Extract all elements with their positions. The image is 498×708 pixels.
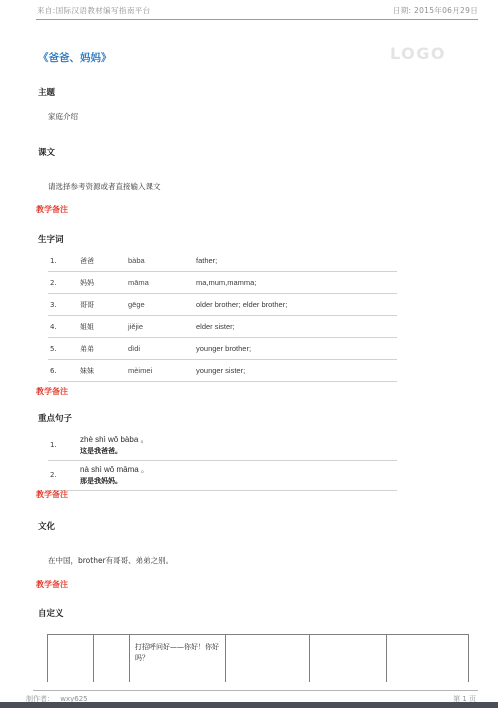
vocab-pinyin: gēge	[128, 300, 196, 309]
vocab-number: 6.	[48, 367, 80, 375]
custom-table-cell: 打招呼问好——你好！你好吗？	[129, 635, 225, 682]
vocab-meaning: elder sister;	[196, 322, 397, 331]
sentence-row: 2. nà shì wǒ māma 。 那是我妈妈。	[48, 461, 397, 491]
lesson-text-body: 请选择参考资源或者直接输入课文	[48, 181, 161, 192]
key-sentences-list: 1. zhè shì wǒ bàba 。 这是我爸爸。 2. nà shì wǒ…	[48, 431, 397, 491]
vocab-pinyin: jiějie	[128, 322, 196, 331]
custom-table-cell	[225, 635, 309, 682]
vocab-word: 妈妈	[80, 278, 128, 288]
vocab-word: 妹妹	[80, 366, 128, 376]
custom-table-cell	[47, 635, 93, 682]
vocab-pinyin: bàba	[128, 256, 196, 265]
vocab-row: 4. 姐姐 jiějie elder sister;	[48, 316, 397, 338]
custom-table-cell	[386, 635, 469, 682]
teaching-note-label: 教学备注	[36, 204, 68, 215]
sentence-hanzi: 那是我妈妈。	[80, 476, 397, 486]
vocab-number: 3.	[48, 301, 80, 309]
section-heading-theme: 主题	[38, 86, 55, 98]
vocab-row: 5. 弟弟 dìdi younger brother;	[48, 338, 397, 360]
sentence-pinyin: zhè shì wǒ bàba 。	[80, 434, 397, 445]
vocab-pinyin: dìdi	[128, 344, 196, 353]
vocab-number: 5.	[48, 345, 80, 353]
vocab-number: 4.	[48, 323, 80, 331]
header-source: 来自:国际汉语教材编写指南平台	[37, 5, 151, 16]
document-page: 来自:国际汉语教材编写指南平台 日期: 2015年06月29日 《爸爸、妈妈》 …	[0, 0, 498, 708]
vocab-word: 爸爸	[80, 256, 128, 266]
vocab-number: 1.	[48, 257, 80, 265]
sentence-pinyin: nà shì wǒ māma 。	[80, 464, 397, 475]
vocabulary-list: 1. 爸爸 bàba father; 2. 妈妈 māma ma,mum,mam…	[48, 250, 397, 382]
vocab-row: 1. 爸爸 bàba father;	[48, 250, 397, 272]
theme-body: 家庭介绍	[48, 111, 78, 122]
sentence-number: 1.	[48, 434, 80, 456]
custom-table-cell	[309, 635, 386, 682]
section-heading-vocabulary: 生字词	[38, 233, 64, 245]
vocab-row: 3. 哥哥 gēge older brother; elder brother;	[48, 294, 397, 316]
vocab-pinyin: māma	[128, 278, 196, 287]
custom-table-cell	[93, 635, 129, 682]
bottom-bar	[0, 702, 498, 708]
vocab-number: 2.	[48, 279, 80, 287]
vocab-word: 哥哥	[80, 300, 128, 310]
header-divider	[36, 19, 478, 20]
culture-body: 在中国，brother有哥哥、弟弟之别。	[48, 555, 173, 566]
sentence-row: 1. zhè shì wǒ bàba 。 这是我爸爸。	[48, 431, 397, 461]
section-heading-key-sentences: 重点句子	[38, 412, 72, 424]
footer-divider	[33, 690, 478, 691]
sentence-number: 2.	[48, 464, 80, 486]
section-heading-custom: 自定义	[38, 607, 64, 619]
vocab-word: 姐姐	[80, 322, 128, 332]
vocab-meaning: younger brother;	[196, 344, 397, 353]
vocab-meaning: father;	[196, 256, 397, 265]
logo-placeholder: LOGO	[390, 44, 446, 63]
vocab-row: 6. 妹妹 mèimei younger sister;	[48, 360, 397, 382]
page-title: 《爸爸、妈妈》	[38, 50, 112, 65]
teaching-note-label: 教学备注	[36, 489, 68, 500]
section-heading-lesson-text: 课文	[38, 146, 55, 158]
vocab-meaning: ma,mum,mamma;	[196, 278, 397, 287]
vocab-row: 2. 妈妈 māma ma,mum,mamma;	[48, 272, 397, 294]
teaching-note-label: 教学备注	[36, 579, 68, 590]
vocab-pinyin: mèimei	[128, 366, 196, 375]
teaching-note-label: 教学备注	[36, 386, 68, 397]
custom-table: 打招呼问好——你好！你好吗？	[47, 634, 469, 682]
sentence-hanzi: 这是我爸爸。	[80, 446, 397, 456]
vocab-meaning: younger sister;	[196, 366, 397, 375]
vocab-meaning: older brother; elder brother;	[196, 300, 397, 309]
header-date: 日期: 2015年06月29日	[393, 5, 478, 16]
section-heading-culture: 文化	[38, 520, 55, 532]
vocab-word: 弟弟	[80, 344, 128, 354]
